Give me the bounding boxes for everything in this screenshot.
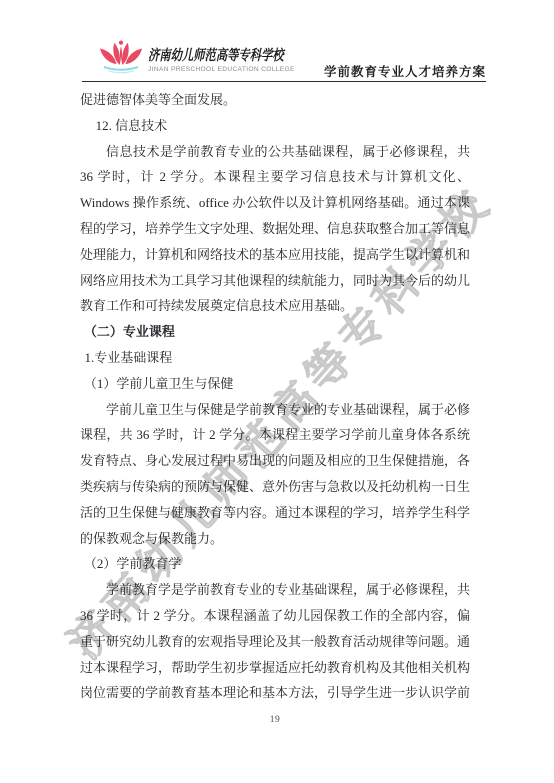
section-heading: （1）学前儿童卫生与保健 — [80, 371, 470, 397]
paragraph: 学前教育学是学前教育专业的专业基础课程，属于必修课程，共 36 学时，计 2 学… — [80, 577, 470, 706]
body-text: 促进德智体美等全面发展。 12. 信息技术 信息技术是学前教育专业的公共基础课程… — [80, 87, 470, 706]
paragraph: 信息技术是学前教育专业的公共基础课程，属于必修课程，共 36 学时，计 2 学分… — [80, 139, 470, 320]
paragraph: 促进德智体美等全面发展。 — [80, 87, 470, 113]
section-heading: （二）专业课程 — [80, 319, 470, 345]
section-heading: 1.专业基础课程 — [80, 345, 470, 371]
section-heading: 12. 信息技术 — [80, 113, 470, 139]
document-title: 学前教育专业人才培养方案 — [80, 62, 486, 80]
paragraph: 学前儿童卫生与保健是学前教育专业的专业基础课程，属于必修课程，共 36 学时，计… — [80, 397, 470, 552]
section-heading: （2）学前教育学 — [80, 551, 470, 577]
document-page: 济南幼儿师范高等专科学校 济南幼儿师范高等专科学校 JINAN PRESCHOO… — [0, 0, 554, 783]
header-rule — [82, 81, 486, 82]
page-number: 19 — [80, 715, 470, 725]
